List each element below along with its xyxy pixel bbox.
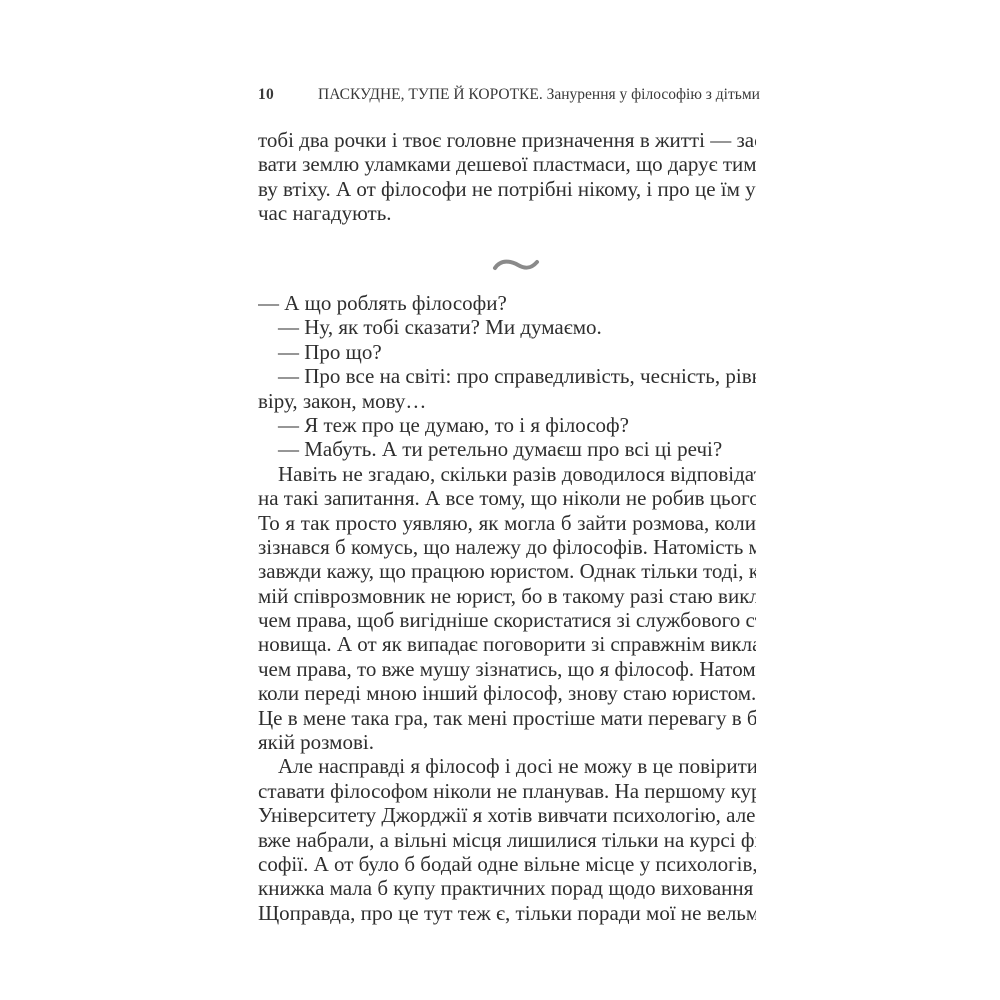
dialogue-line: — Мабуть. А ти ретельно думаєш про всі ц… — [258, 437, 756, 461]
paragraph-line: софії. А от було б бодай одне вільне міс… — [258, 852, 756, 876]
tilde-section-break-icon — [491, 255, 541, 275]
dialogue-line: — Про все на світі: про справедливість, … — [258, 364, 756, 388]
dialogue-line: — Я теж про це думаю, то і я філософ? — [258, 413, 756, 437]
text-line: вати землю уламками дешевої пластмаси, щ… — [258, 152, 756, 176]
running-head: 10 ПАСКУДНЕ, ТУПЕ Й КОРОТКЕ. Занурення у… — [258, 86, 758, 108]
paragraph-line: чем права, то вже мушу зізнатись, що я ф… — [258, 657, 756, 681]
paragraph-line: зізнався б комусь, що належу до філософі… — [258, 535, 756, 559]
paragraph-line: вже набрали, а вільні місця лишилися тіл… — [258, 828, 756, 852]
section-one-text: тобі два рочки і твоє головне призначенн… — [258, 128, 756, 226]
dialogue-line: — Про що? — [258, 340, 756, 364]
paragraph-line: Але насправді я філософ і досі не можу в… — [258, 754, 756, 778]
page-number: 10 — [258, 86, 274, 104]
dialogue-line: — А що роблять філософи? — [258, 291, 756, 315]
paragraph-line: чем права, щоб вигідніше скористатися зі… — [258, 608, 756, 632]
running-head-title: ПАСКУДНЕ, ТУПЕ Й КОРОТКЕ. Занурення у фі… — [318, 86, 760, 104]
paragraph-line: новища. А от як випадає поговорити зі сп… — [258, 632, 756, 656]
paragraph-line: Це в мене така гра, так мені простіше ма… — [258, 706, 756, 730]
paragraph-line: мій співрозмовник не юрист, бо в такому … — [258, 584, 756, 608]
paragraph-line: якій розмові. — [258, 730, 756, 754]
paragraph-line: То я так просто уявляю, як могла б зайти… — [258, 511, 756, 535]
book-page: 10 ПАСКУДНЕ, ТУПЕ Й КОРОТКЕ. Занурення у… — [0, 0, 1000, 1000]
section-two-text: — А що роблять філософи? — Ну, як тобі с… — [258, 291, 756, 925]
paragraph-line: на такі запитання. А все тому, що ніколи… — [258, 486, 756, 510]
paragraph-line: Щоправда, про це тут теж є, тільки порад… — [258, 901, 756, 925]
paragraph-line: Навіть не згадаю, скільки разів доводило… — [258, 462, 756, 486]
dialogue-line: — Ну, як тобі сказати? Ми думаємо. — [258, 315, 756, 339]
text-line: тобі два рочки і твоє головне призначенн… — [258, 128, 756, 152]
paragraph-line: книжка мала б купу практичних порад щодо… — [258, 876, 756, 900]
paragraph-line: коли переді мною інший філософ, знову ст… — [258, 681, 756, 705]
text-line: ву втіху. А от філософи не потрібні ніко… — [258, 177, 756, 201]
paragraph-line: ставати філософом ніколи не планував. На… — [258, 779, 756, 803]
dialogue-line: віру, закон, мову… — [258, 389, 756, 413]
paragraph-line: завжди кажу, що працюю юристом. Однак ті… — [258, 559, 756, 583]
text-line: час нагадують. — [258, 201, 756, 225]
paragraph-line: Університету Джорджії я хотів вивчати пс… — [258, 803, 756, 827]
